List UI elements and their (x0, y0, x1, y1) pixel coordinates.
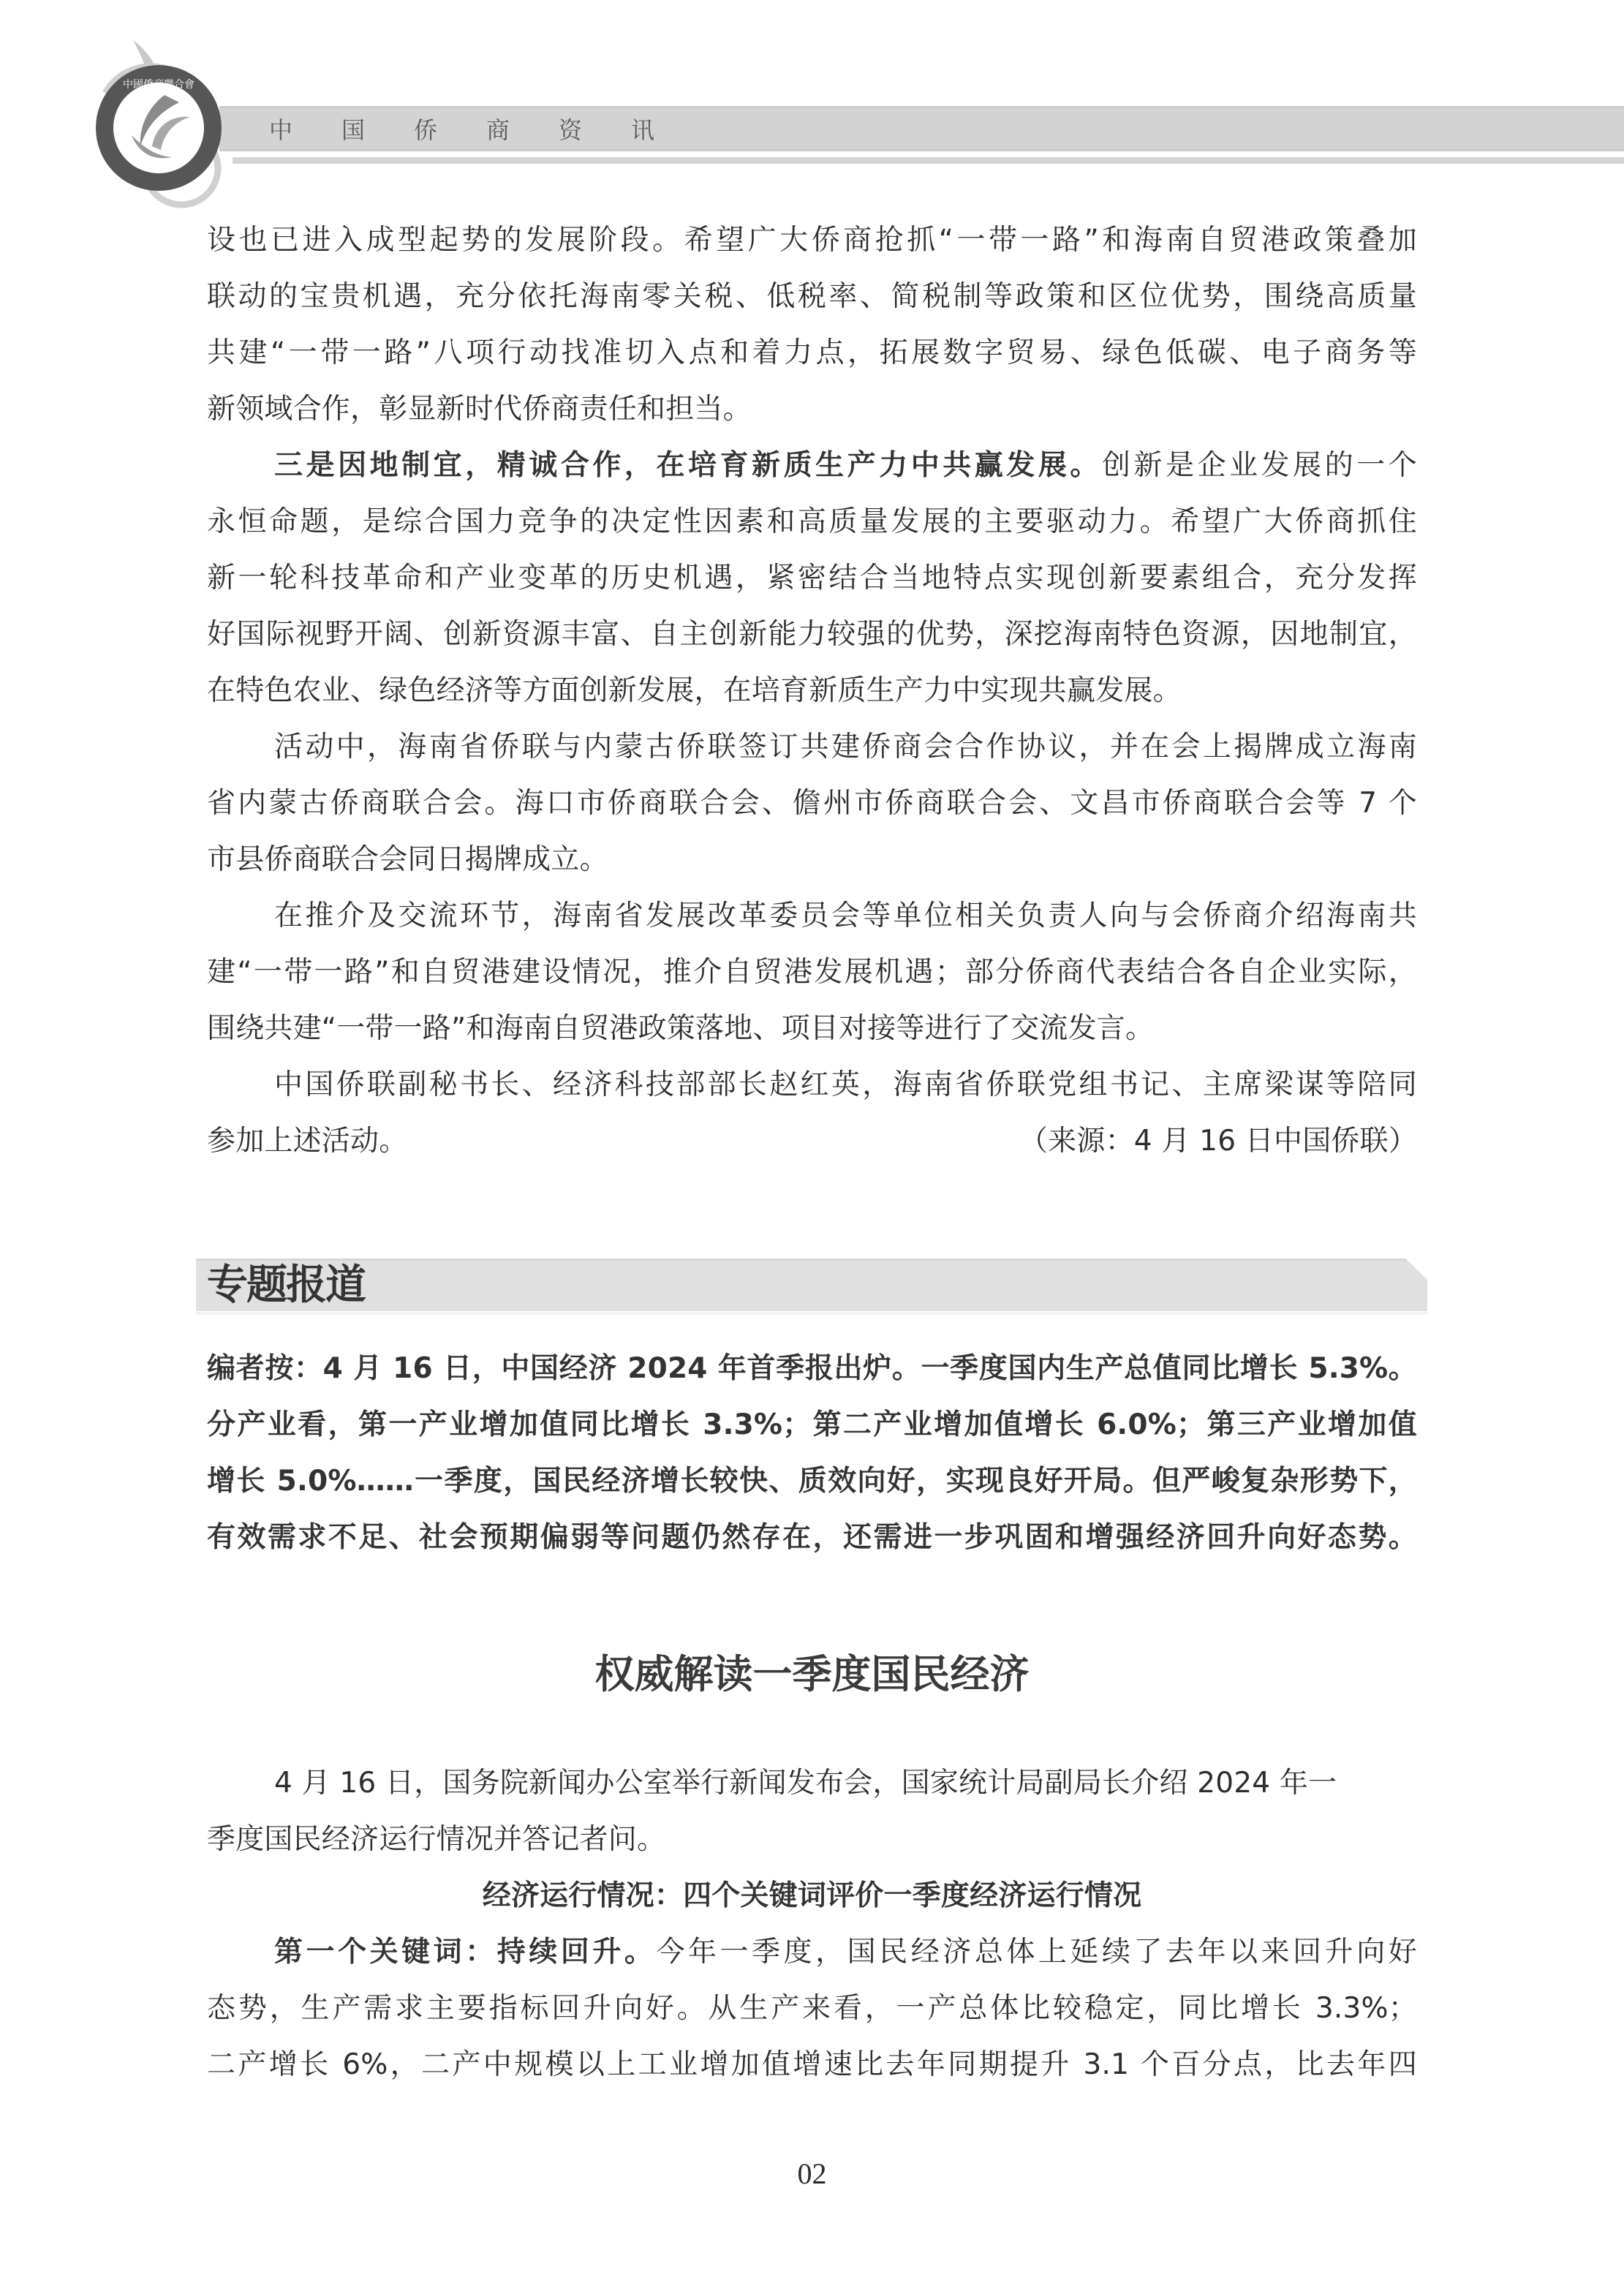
text-line: 省内蒙古侨商联合会。海口市侨商联合会、儋州市侨商联合会、文昌市侨商联合会等 7 … (207, 775, 1417, 831)
text-line: 联动的宝贵机遇，充分依托海南零关税、低税率、简税制等政策和区位优势，围绕高质量 (207, 268, 1417, 325)
text-line: 在特色农业、绿色经济等方面创新发展，在培育新质生产力中实现共赢发展。 (207, 663, 1417, 719)
paragraph: 中国侨联副秘书长、经济科技部部长赵红英，海南省侨联党组书记、主席梁谋等陪同 参加… (207, 1057, 1417, 1169)
text-line: 建“一带一路”和自贸港建设情况，推介自贸港发展机遇；部分侨商代表结合各自企业实际… (207, 944, 1417, 1000)
text-line: 增长 5.0%……一季度，国民经济增长较快、质效向好，实现良好开局。但严峻复杂形… (207, 1453, 1417, 1509)
paragraph: 活动中，海南省侨联与内蒙古侨联签订共建侨商会合作协议，并在会上揭牌成立海南 省内… (207, 719, 1417, 888)
text-line: 永恒命题，是综合国力竞争的决定性因素和高质量发展的主要驱动力。希望广大侨商抓住 (207, 494, 1417, 550)
header-title: 中 国 侨 商 资 讯 (269, 116, 703, 145)
keyword-paragraph: 第一个关键词：持续回升。今年一季度，国民经济总体上延续了去年以来回升向好 态势，… (207, 1924, 1417, 2093)
header-divider (233, 157, 1624, 164)
text-line: 参加上述活动。 （来源：4 月 16 日中国侨联） (207, 1113, 1417, 1169)
text-line: 二产增长 6%，二产中规模以上工业增加值增速比去年同期提升 3.1 个百分点，比… (207, 2037, 1417, 2093)
continued-article: 设也已进入成型起势的发展阶段。希望广大侨商抢抓“一带一路”和海南自贸港政策叠加 … (207, 212, 1417, 1169)
text-line: 设也已进入成型起势的发展阶段。希望广大侨商抢抓“一带一路”和海南自贸港政策叠加 (207, 212, 1417, 268)
header-title-char: 国 (341, 116, 414, 145)
text-run: 创新是企业发展的一个 (1102, 449, 1417, 482)
paragraph: 在推介及交流环节，海南省发展改革委员会等单位相关负责人向与会侨商介绍海南共 建“… (207, 888, 1417, 1057)
header-title-char: 中 (269, 116, 341, 145)
header-title-char: 讯 (631, 116, 703, 145)
section-banner-shadow (196, 1312, 1427, 1315)
text-line: 中国侨联副秘书长、经济科技部部长赵红英，海南省侨联党组书记、主席梁谋等陪同 (207, 1057, 1417, 1113)
svg-text:中國僑商聯合會: 中國僑商聯合會 (123, 78, 194, 91)
bold-lead: 第一个关键词：持续回升。 (274, 1936, 656, 1969)
subheading: 经济运行情况：四个关键词评价一季度经济运行情况 (207, 1868, 1417, 1924)
text-line: 在推介及交流环节，海南省发展改革委员会等单位相关负责人向与会侨商介绍海南共 (207, 888, 1417, 944)
paragraph: 三是因地制宜，精诚合作，在培育新质生产力中共赢发展。创新是企业发展的一个 永恒命… (207, 437, 1417, 719)
logo-icon: 中國僑商聯合會 (88, 26, 263, 216)
text-line: 市县侨商联合会同日揭牌成立。 (207, 831, 1417, 888)
text-line: 第一个关键词：持续回升。今年一季度，国民经济总体上延续了去年以来回升向好 (207, 1924, 1417, 1980)
text-line: 活动中，海南省侨联与内蒙古侨联签订共建侨商会合作协议，并在会上揭牌成立海南 (207, 719, 1417, 775)
text-run: 参加上述活动。 (207, 1113, 407, 1169)
header-title-char: 资 (559, 116, 631, 145)
text-line: 分产业看，第一产业增加值同比增长 3.3%；第二产业增加值增长 6.0%；第三产… (207, 1397, 1417, 1453)
page-number: 02 (0, 2156, 1624, 2192)
text-line: 三是因地制宜，精诚合作，在培育新质生产力中共赢发展。创新是企业发展的一个 (207, 437, 1417, 494)
text-line: 有效需求不足、社会预期偏弱等问题仍然存在，还需进一步巩固和增强经济回升向好态势。 (207, 1509, 1417, 1566)
article-body: 4 月 16 日，国务院新闻办公室举行新闻发布会，国家统计局副局长介绍 2024… (207, 1755, 1417, 2093)
text-line: 4 月 16 日，国务院新闻办公室举行新闻发布会，国家统计局副局长介绍 2024… (207, 1755, 1417, 1811)
text-line: 态势，生产需求主要指标回升向好。从生产来看，一产总体比较稳定，同比增长 3.3%… (207, 1980, 1417, 2037)
lead-paragraph: 4 月 16 日，国务院新闻办公室举行新闻发布会，国家统计局副局长介绍 2024… (207, 1755, 1417, 1868)
header-title-char: 商 (486, 116, 559, 145)
text-line: 新一轮科技革命和产业变革的历史机遇，紧密结合当地特点实现创新要素组合，充分发挥 (207, 550, 1417, 606)
source-credit: （来源：4 月 16 日中国侨联） (1019, 1113, 1417, 1169)
text-line: 共建“一带一路”八项行动找准切入点和着力点，拓展数字贸易、绿色低碳、电子商务等 (207, 325, 1417, 381)
editor-note: 编者按：4 月 16 日，中国经济 2024 年首季报出炉。一季度国内生产总值同… (207, 1340, 1417, 1566)
text-line: 季度国民经济运行情况并答记者问。 (207, 1811, 1417, 1868)
text-line: 好国际视野开阔、创新资源丰富、自主创新能力较强的优势，深挖海南特色资源，因地制宜… (207, 606, 1417, 663)
paragraph: 设也已进入成型起势的发展阶段。希望广大侨商抢抓“一带一路”和海南自贸港政策叠加 … (207, 212, 1417, 437)
header-title-char: 侨 (414, 116, 486, 145)
section-title: 专题报道 (207, 1259, 365, 1310)
section-banner (196, 1258, 1427, 1311)
bold-lead: 三是因地制宜，精诚合作，在培育新质生产力中共赢发展。 (274, 449, 1102, 482)
article-title: 权威解读一季度国民经济 (207, 1645, 1417, 1704)
text-run: 今年一季度，国民经济总体上延续了去年以来回升向好 (656, 1936, 1417, 1969)
text-line: 围绕共建“一带一路”和海南自贸港政策落地、项目对接等进行了交流发言。 (207, 1000, 1417, 1057)
text-line: 新领域合作，彰显新时代侨商责任和担当。 (207, 381, 1417, 437)
text-line: 编者按：4 月 16 日，中国经济 2024 年首季报出炉。一季度国内生产总值同… (207, 1340, 1417, 1397)
